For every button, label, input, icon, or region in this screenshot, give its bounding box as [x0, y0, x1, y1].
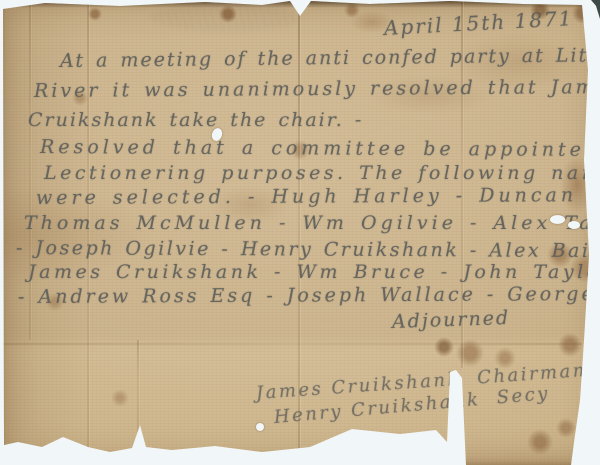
- handwritten-line: - Joseph Ogilvie - Henry Cruikshank - Al…: [16, 237, 600, 262]
- fold-crease: [137, 340, 139, 432]
- paper-hole: [550, 215, 565, 224]
- manuscript-paper: April 15th 1871 At a meeting of the anti…: [0, 0, 600, 465]
- handwritten-line: Lectionering purposes. The following nam…: [44, 162, 600, 184]
- handwritten-line: - Andrew Ross Esq - Joseph Wallace - Geo…: [18, 283, 600, 308]
- handwritten-line: Resolved that a committee be appointed f…: [40, 136, 600, 161]
- handwritten-line: Thomas McMullen - Wm Ogilvie - Alex Tayl…: [24, 212, 600, 234]
- ink-bleed-mark: [150, 5, 300, 31]
- paper-hole: [568, 221, 580, 229]
- adjournment-line: Adjourned: [392, 307, 511, 333]
- paper-hole: [256, 423, 264, 431]
- handwritten-line: Cruikshank take the chair. -: [28, 109, 363, 131]
- paper-top-edge-shadow: [0, 0, 600, 8]
- scan-corner-artifact: [591, 0, 600, 19]
- handwritten-line: James Cruikshank - Wm Bruce - John Taylo…: [28, 261, 600, 283]
- scanned-manuscript: April 15th 1871 At a meeting of the anti…: [0, 0, 600, 465]
- handwritten-line: were selected. - Hugh Harley - Duncan Gr…: [36, 184, 600, 209]
- fold-crease-horizontal: [2, 343, 582, 345]
- handwritten-line: River it was unanimously resolved that J…: [34, 76, 600, 102]
